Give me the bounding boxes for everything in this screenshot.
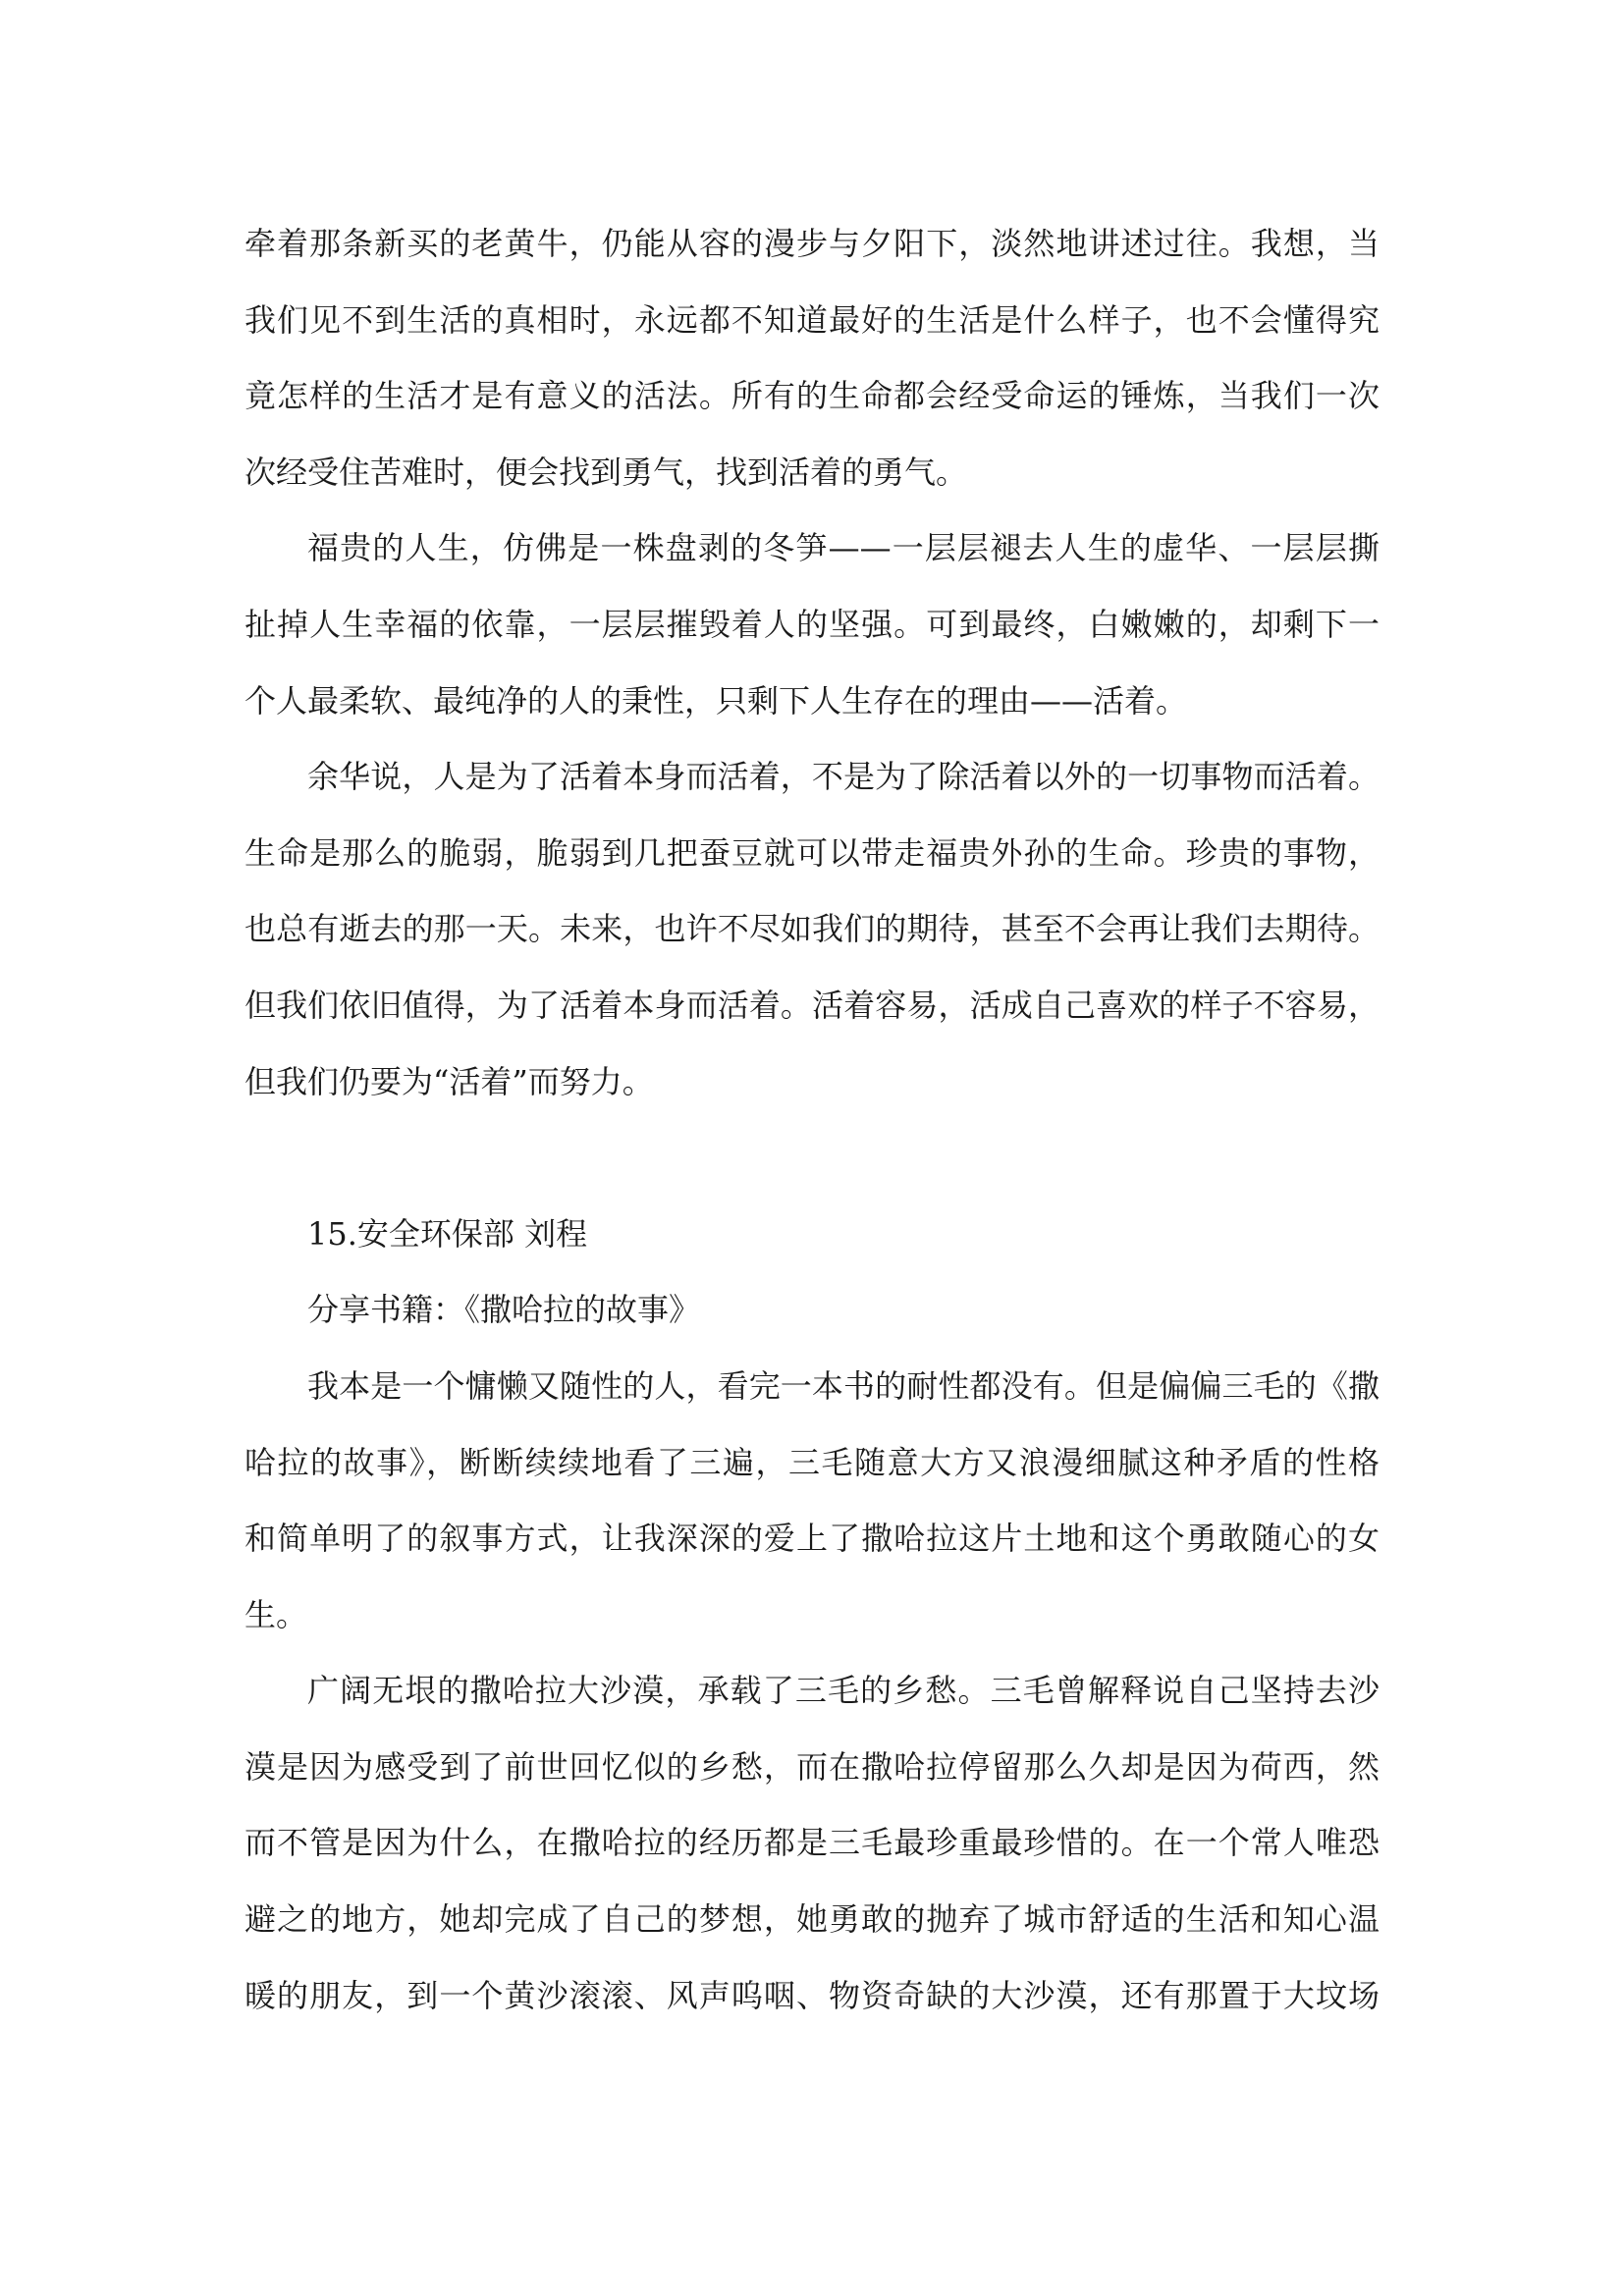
section-heading: 15.安全环保部 刘程 bbox=[244, 1197, 1380, 1273]
text-line: 我本是一个慵懒又随性的人，看完一本书的耐性都没有。但是偏偏三毛的《撒 bbox=[244, 1349, 1380, 1425]
book-title-text: 分享书籍：《撒哈拉的故事》 bbox=[244, 1272, 1380, 1349]
text-line: 广阔无垠的撒哈拉大沙漠，承载了三毛的乡愁。三毛曾解释说自己坚持去沙 bbox=[244, 1653, 1380, 1730]
text-line: 生命是那么的脆弱，脆弱到几把蚕豆就可以带走福贵外孙的生命。珍贵的事物， bbox=[244, 816, 1380, 892]
text-line: 暖的朋友，到一个黄沙滚滚、风声呜咽、物资奇缺的大沙漠，还有那置于大坟场 bbox=[244, 1958, 1380, 2035]
text-line: 但我们仍要为“活着”而努力。 bbox=[244, 1044, 1380, 1121]
text-line: 哈拉的故事》，断断续续地看了三遍，三毛随意大方又浪漫细腻这种矛盾的性格 bbox=[244, 1425, 1380, 1502]
text-line: 竟怎样的生活才是有意义的活法。所有的生命都会经受命运的锤炼，当我们一次 bbox=[244, 358, 1380, 435]
text-line: 牵着那条新买的老黄牛，仍能从容的漫步与夕阳下，淡然地讲述过往。我想，当 bbox=[244, 206, 1380, 283]
text-line: 个人最柔软、最纯净的人的秉性，只剩下人生存在的理由——活着。 bbox=[244, 664, 1380, 740]
document-page: 牵着那条新买的老黄牛，仍能从容的漫步与夕阳下，淡然地讲述过往。我想，当 我们见不… bbox=[0, 0, 1624, 2296]
paragraph: 广阔无垠的撒哈拉大沙漠，承载了三毛的乡愁。三毛曾解释说自己坚持去沙 漠是因为感受… bbox=[244, 1653, 1380, 2034]
text-line: 余华说，人是为了活着本身而活着，不是为了除活着以外的一切事物而活着。 bbox=[244, 739, 1380, 816]
paragraph: 牵着那条新买的老黄牛，仍能从容的漫步与夕阳下，淡然地讲述过往。我想，当 我们见不… bbox=[244, 206, 1380, 510]
text-line: 生。 bbox=[244, 1577, 1380, 1654]
paragraph: 我本是一个慵懒又随性的人，看完一本书的耐性都没有。但是偏偏三毛的《撒 哈拉的故事… bbox=[244, 1349, 1380, 1653]
text-block: 牵着那条新买的老黄牛，仍能从容的漫步与夕阳下，淡然地讲述过往。我想，当 我们见不… bbox=[244, 206, 1380, 2034]
section-heading-line: 15.安全环保部 刘程 bbox=[244, 1197, 1380, 1273]
text-line: 福贵的人生，仿佛是一株盘剥的冬笋——一层层褪去人生的虚华、一层层撕 bbox=[244, 510, 1380, 587]
text-line: 而不管是因为什么，在撒哈拉的经历都是三毛最珍重最珍惜的。在一个常人唯恐 bbox=[244, 1805, 1380, 1882]
text-line: 和简单明了的叙事方式，让我深深的爱上了撒哈拉这片土地和这个勇敢随心的女 bbox=[244, 1501, 1380, 1577]
text-line: 但我们依旧值得，为了活着本身而活着。活着容易，活成自己喜欢的样子不容易， bbox=[244, 968, 1380, 1044]
text-line: 我们见不到生活的真相时，永远都不知道最好的生活是什么样子，也不会懂得究 bbox=[244, 283, 1380, 359]
text-line: 次经受住苦难时，便会找到勇气，找到活着的勇气。 bbox=[244, 435, 1380, 511]
text-line: 也总有逝去的那一天。未来，也许不尽如我们的期待，甚至不会再让我们去期待。 bbox=[244, 891, 1380, 968]
paragraph: 余华说，人是为了活着本身而活着，不是为了除活着以外的一切事物而活着。 生命是那么… bbox=[244, 739, 1380, 1120]
text-line: 扯掉人生幸福的依靠，一层层摧毁着人的坚强。可到最终，白嫩嫩的，却剩下一 bbox=[244, 587, 1380, 664]
text-line: 避之的地方，她却完成了自己的梦想，她勇敢的抛弃了城市舒适的生活和知心温 bbox=[244, 1882, 1380, 1958]
text-line: 漠是因为感受到了前世回忆似的乡愁，而在撒哈拉停留那么久却是因为荷西，然 bbox=[244, 1730, 1380, 1806]
blank-line bbox=[244, 1120, 1380, 1197]
paragraph: 福贵的人生，仿佛是一株盘剥的冬笋——一层层褪去人生的虚华、一层层撕 扯掉人生幸福… bbox=[244, 510, 1380, 739]
book-title-line: 分享书籍：《撒哈拉的故事》 bbox=[244, 1272, 1380, 1349]
